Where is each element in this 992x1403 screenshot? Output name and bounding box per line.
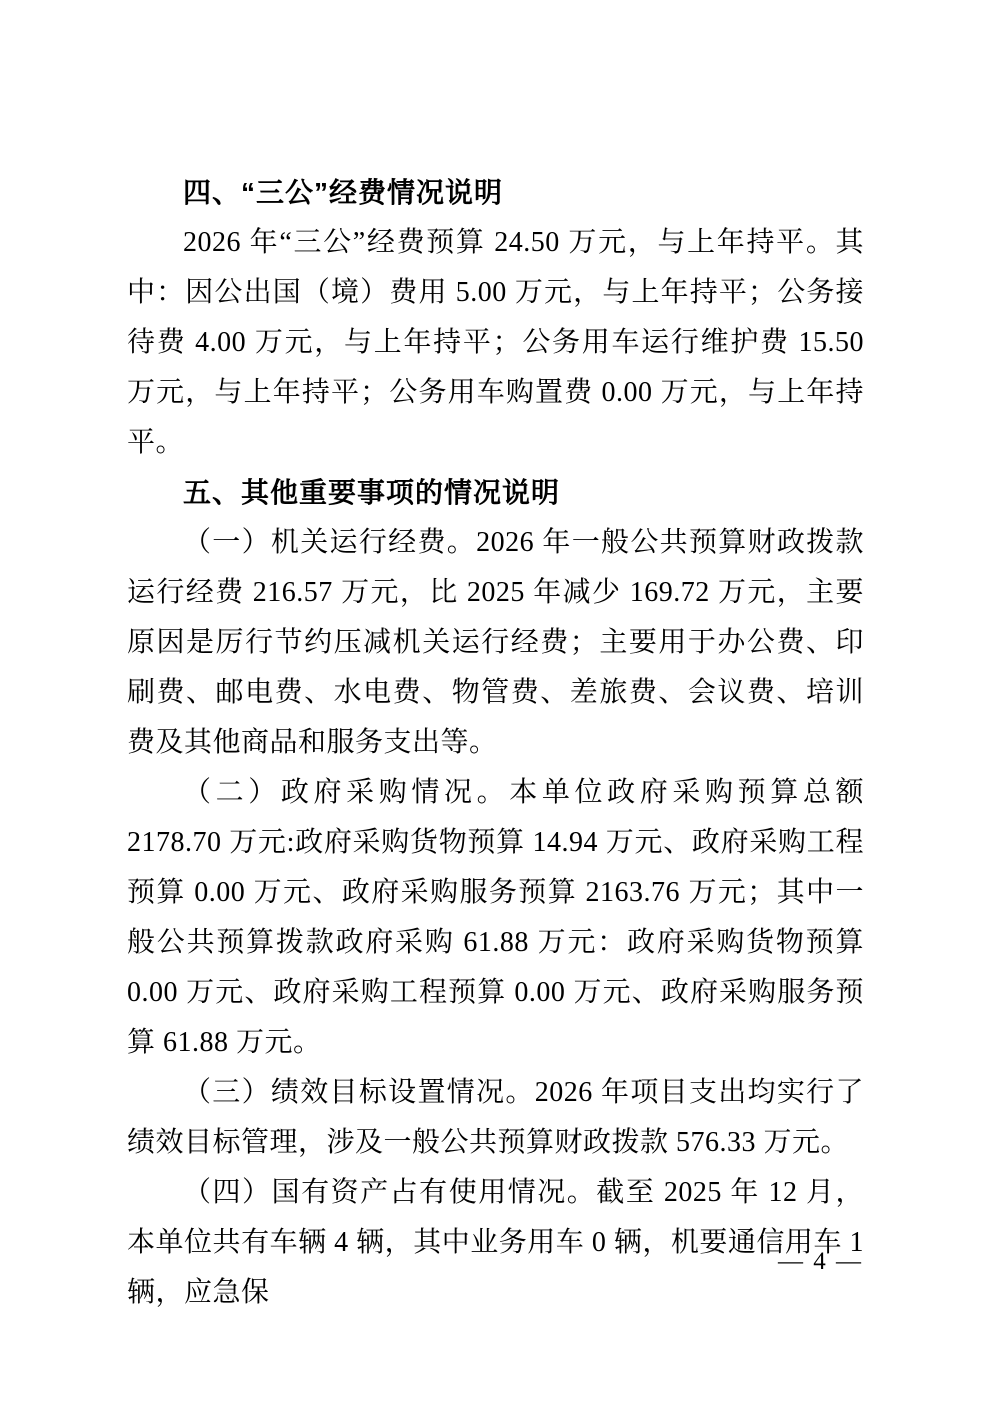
page-number: — 4 — [778,1247,863,1277]
para-state-owned-assets: （四）国有资产占有使用情况。截至 2025 年 12 月，本单位共有车辆 4 辆… [127,1168,864,1318]
document-body: 四、“三公”经费情况说明 2026 年“三公”经费预算 24.50 万元，与上年… [127,168,864,1318]
para-performance-targets: （三）绩效目标设置情况。2026 年项目支出均实行了绩效目标管理，涉及一般公共预… [127,1068,864,1168]
document-page: 四、“三公”经费情况说明 2026 年“三公”经费预算 24.50 万元，与上年… [0,0,992,1403]
heading-section-4-sangong-expenses: 四、“三公”经费情况说明 [127,168,864,218]
heading-section-5-other-important-matters: 五、其他重要事项的情况说明 [127,468,864,518]
para-agency-operating-expenses: （一）机关运行经费。2026 年一般公共预算财政拨款运行经费 216.57 万元… [127,518,864,768]
para-government-procurement: （二）政府采购情况。本单位政府采购预算总额 2178.70 万元:政府采购货物预… [127,768,864,1068]
para-sangong-budget-summary: 2026 年“三公”经费预算 24.50 万元，与上年持平。其中：因公出国（境）… [127,218,864,468]
